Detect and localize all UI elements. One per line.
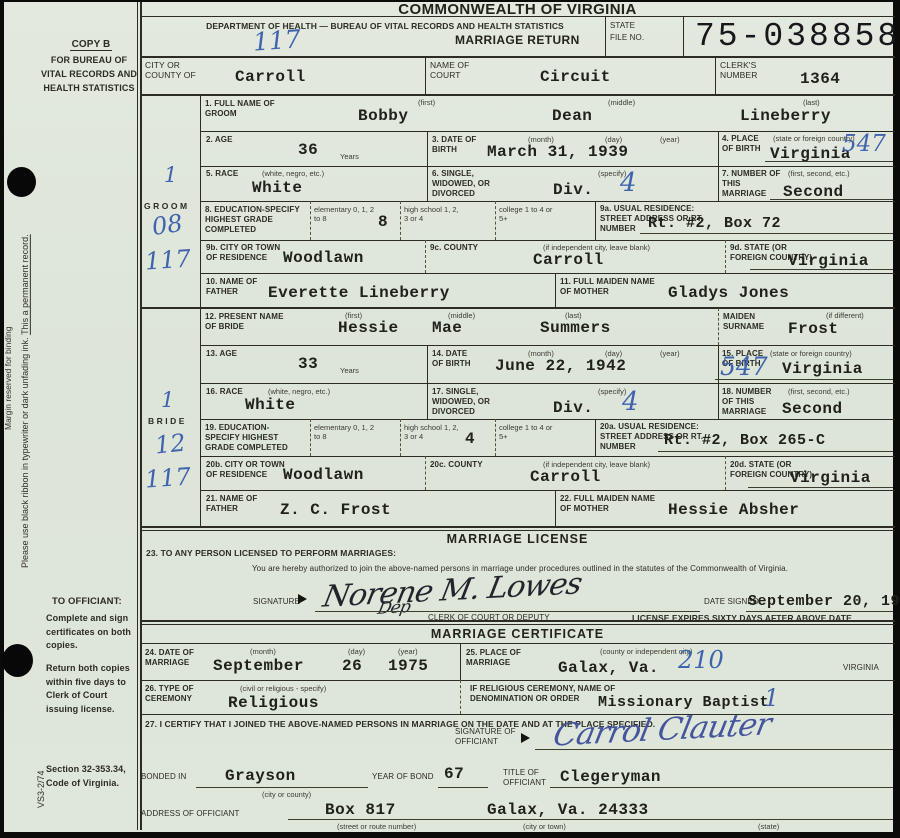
bonded-in-value: Grayson (225, 767, 296, 785)
divider (140, 680, 895, 681)
court-label: NAME OF COURT (430, 60, 485, 81)
groom-state-value: Virginia (788, 252, 869, 270)
cert-sub-day: (day) (348, 647, 365, 656)
clerk-signature-dep-note: Dep (376, 597, 412, 619)
divider (770, 199, 893, 200)
year-of-bond-label: YEAR OF BOND (372, 772, 434, 782)
cert-ceremony-label: 26. TYPE OF CEREMONY (145, 684, 195, 704)
bride-name-label: 12. PRESENT NAME OF BRIDE (205, 312, 285, 332)
code-section-note: Section 32-353.34, Code of Virginia. (46, 763, 138, 790)
groom-last-value: Lineberry (740, 107, 831, 125)
state-file-number: 75-038858 (695, 18, 900, 55)
hole-punch-bottom (2, 644, 33, 677)
sub-middle: (middle) (608, 98, 635, 107)
copy-for-note: FOR BUREAU OF VITAL RECORDS AND HEALTH S… (38, 54, 140, 96)
clerk-of-court-line: CLERK OF COURT OR DEPUTY (428, 613, 550, 623)
cert-place-hw: 210 (678, 646, 724, 674)
bride-marriage-num-label: 18. NUMBER OF THIS MARRIAGE (722, 387, 784, 416)
city-county-value: Carroll (235, 68, 306, 86)
divider (425, 240, 426, 273)
divider (200, 201, 895, 202)
divider (683, 16, 684, 57)
maiden-surname-sub: (if different) (826, 311, 864, 320)
sub-year-bride: (year) (660, 349, 680, 358)
cert-sub-month: (month) (250, 647, 276, 656)
sub-year: (year) (660, 135, 680, 144)
bride-residence-value: Rt. #2, Box 265-C (664, 432, 826, 449)
groom-dob-label: 3. DATE OF BIRTH (432, 135, 480, 155)
groom-marriage-num-label: 7. NUMBER OF THIS MARRIAGE (722, 169, 784, 198)
divider (658, 451, 893, 452)
edu-college-label-bride: college 1 to 4 or 5+ (499, 423, 554, 441)
divider (725, 456, 726, 490)
bride-first-value: Hessie (338, 319, 399, 337)
divider (718, 308, 719, 345)
groom-county-label: 9c. COUNTY (430, 243, 478, 253)
divider (715, 57, 716, 95)
bride-pob-value: Virginia (782, 360, 863, 378)
divider (460, 643, 461, 680)
state-file-label: STATE FILE NO. (610, 20, 650, 44)
license-signature-label: SIGNATURE (253, 597, 300, 607)
divider (200, 131, 895, 132)
bride-mother-label: 22. FULL MAIDEN NAME OF MOTHER (560, 494, 658, 514)
divider (200, 456, 895, 457)
groom-father-label: 10. NAME OF FATHER (206, 277, 261, 297)
groom-dob-value: March 31, 1939 (487, 143, 628, 161)
divider (200, 95, 201, 528)
divider (310, 201, 311, 240)
groom-first-value: Bobby (358, 107, 409, 125)
bride-side-label: BRIDE (148, 416, 187, 426)
divider (718, 131, 719, 201)
cert-date-label: 24. DATE OF MARRIAGE (145, 648, 201, 668)
cert-month-value: September (213, 657, 304, 675)
form-name: MARRIAGE RETURN (455, 33, 580, 47)
bride-state-value: Virginia (790, 469, 871, 487)
groom-race-label: 5. RACE (206, 169, 238, 179)
edu-elementary-label: elementary 0, 1, 2 to 8 (314, 205, 376, 223)
groom-county-value: Carroll (533, 251, 604, 269)
edu-college-label: college 1 to 4 or 5+ (499, 205, 554, 223)
scanned-marriage-return-form: Margin reserved for binding Please use b… (0, 0, 900, 838)
groom-city-value: Woodlawn (283, 249, 364, 267)
cert-place-value: Galax, Va. (558, 659, 659, 677)
divider (425, 456, 426, 490)
divider (140, 526, 895, 528)
edu-elementary-label-bride: elementary 0, 1, 2 to 8 (314, 423, 376, 441)
license-expires-note: LICENSE EXPIRES SIXTY DAYS AFTER ABOVE D… (632, 613, 852, 623)
groom-father-value: Everette Lineberry (268, 284, 450, 302)
divider (640, 233, 893, 234)
divider (140, 94, 895, 96)
divider (137, 2, 138, 830)
bride-middle-value: Mae (432, 319, 462, 337)
cert-ceremony-value: Religious (228, 694, 319, 712)
clerk-number-value: 1364 (800, 70, 840, 88)
divider (140, 2, 142, 830)
bride-status-label: 17. SINGLE, WIDOWED, OR DIVORCED (432, 387, 514, 416)
bride-mother-value: Hessie Absher (668, 501, 799, 519)
to-officiant-note1: Complete and sign certificates on both c… (46, 612, 136, 653)
groom-residence-value: Rt. #2, Box 72 (648, 215, 781, 232)
groom-status-label: 6. SINGLE, WIDOWED, OR DIVORCED (432, 169, 514, 198)
bride-father-value: Z. C. Frost (280, 501, 391, 519)
bride-edu-hs-value: 4 (465, 430, 475, 448)
divider (748, 487, 893, 488)
handwritten-code-top: 117 (252, 24, 302, 56)
divider (746, 611, 893, 612)
cert-year-value: 1975 (388, 657, 428, 675)
officiant-address-label: ADDRESS OF OFFICIANT (141, 809, 239, 819)
groom-code-hw: 117 (144, 244, 192, 275)
commonwealth-title: COMMONWEALTH OF VIRGINIA (140, 1, 895, 18)
divider (140, 714, 895, 715)
bride-race-label: 16. RACE (206, 387, 243, 397)
divider (200, 273, 895, 274)
certificate-title: MARRIAGE CERTIFICATE (140, 627, 895, 641)
divider (425, 57, 426, 95)
divider (535, 749, 893, 750)
margin-note-inner: Please use black ribbon in typewriter or… (20, 88, 30, 568)
cert-place-label: 25. PLACE OF MARRIAGE (466, 648, 522, 668)
maiden-surname-label: MAIDEN SURNAME (723, 312, 769, 332)
bride-grade-hw: 12 (154, 428, 187, 459)
divider (495, 201, 496, 240)
divider (200, 419, 895, 420)
copy-label-text: COPY B (70, 39, 113, 51)
groom-edu-elem-value: 8 (378, 213, 388, 231)
divider (718, 345, 719, 419)
bonded-in-label: BONDED IN (141, 772, 186, 782)
divider (495, 419, 496, 456)
bride-city-value: Woodlawn (283, 466, 364, 484)
copy-label: COPY B (45, 39, 137, 51)
groom-grade-hw: 08 (150, 209, 184, 241)
bride-tick-hw: 1 (161, 388, 174, 412)
divider (200, 345, 895, 346)
bride-father-label: 21. NAME OF FATHER (206, 494, 261, 514)
bride-dob-label: 14. DATE OF BIRTH (432, 349, 480, 369)
years-label-bride: Years (340, 366, 359, 375)
groom-race-sub: (white, negro, etc.) (262, 169, 324, 178)
bride-pob-hw: 547 (720, 352, 768, 381)
bride-race-value: White (245, 396, 296, 414)
divider (140, 643, 895, 644)
license-item23: 23. TO ANY PERSON LICENSED TO PERFORM MA… (146, 548, 396, 558)
officiant-sig-arrow-icon (521, 733, 530, 743)
cert-state-tag: VIRGINIA (843, 663, 879, 673)
cert-ceremony-sub: (civil or religious - specify) (240, 684, 326, 693)
form-code: VS3-2/74 (36, 746, 46, 808)
divider (140, 530, 895, 531)
divider (200, 166, 895, 167)
groom-age-value: 36 (298, 141, 318, 159)
divider (310, 419, 311, 456)
bride-last-value: Summers (540, 319, 611, 337)
groom-age-label: 2. AGE (206, 135, 233, 145)
divider (200, 490, 895, 491)
bride-code-hw: 117 (144, 462, 192, 493)
clerk-number-label: CLERK'S NUMBER (720, 60, 770, 81)
bride-county-label: 20c. COUNTY (430, 460, 483, 470)
divider (605, 16, 606, 57)
divider (595, 201, 596, 240)
divider (438, 787, 488, 788)
divider (200, 383, 895, 384)
groom-mother-value: Gladys Jones (668, 284, 789, 302)
cert-sub-year: (year) (398, 647, 418, 656)
margin-note-inner-text: Please use black ribbon in typewriter or… (20, 335, 30, 568)
groom-city-label: 9b. CITY OR TOWN OF RESIDENCE (206, 243, 286, 263)
divider (196, 787, 368, 788)
bride-age-label: 13. AGE (206, 349, 237, 359)
margin-note-outer: Margin reserved for binding (3, 195, 13, 430)
to-officiant-title: TO OFFICIANT: (52, 596, 122, 608)
divider (400, 201, 401, 240)
years-label: Years (340, 152, 359, 161)
bride-county-value: Carroll (530, 468, 601, 486)
divider (555, 490, 556, 528)
groom-edu-label: 8. EDUCATION-SPECIFY HIGHEST GRADE COMPL… (205, 205, 303, 234)
bonded-in-sub: (city or county) (262, 790, 311, 799)
groom-race-value: White (252, 179, 303, 197)
divider (200, 240, 895, 241)
divider (427, 131, 428, 201)
groom-name-label: 1. FULL NAME OF GROOM (205, 99, 283, 119)
to-officiant-note2: Return both copies within five days to C… (46, 662, 140, 716)
edu-highschool-label-bride: high school 1, 2, 3 or 4 (404, 423, 462, 441)
officiant-title-label: TITLE OF OFFICIANT (503, 768, 553, 788)
divider (315, 611, 700, 612)
bride-age-value: 33 (298, 355, 318, 373)
court-value: Circuit (540, 68, 611, 86)
maiden-surname-value: Frost (788, 320, 839, 338)
edu-highschool-label: high school 1, 2, 3 or 4 (404, 205, 462, 223)
divider (595, 419, 596, 456)
bride-status-hw: 4 (622, 387, 639, 417)
groom-status-hw: 4 (620, 168, 637, 198)
bride-dob-value: June 22, 1942 (495, 357, 626, 375)
officiant-address-city: Galax, Va. 24333 (487, 801, 649, 819)
divider (715, 379, 893, 380)
divider (765, 161, 893, 162)
divider (725, 240, 726, 273)
divider (460, 680, 461, 714)
bride-pob-sub: (state or foreign country) (770, 349, 852, 358)
bride-edu-label: 19. EDUCATION-SPECIFY HIGHEST GRADE COMP… (205, 423, 303, 452)
divider (750, 269, 893, 270)
city-county-label: CITY OR COUNTY OF (145, 60, 217, 81)
sub-last: (last) (803, 98, 820, 107)
divider (140, 624, 895, 625)
bride-city-label: 20b. CITY OR TOWN OF RESIDENCE (206, 460, 286, 480)
date-signed-value: September 20, 1975 (748, 593, 900, 610)
groom-pob-hw: 547 (842, 131, 886, 157)
hole-punch-top (7, 167, 36, 197)
divider (140, 307, 895, 309)
divider (400, 419, 401, 456)
officiant-title-value: Clegeryman (560, 768, 661, 786)
groom-middle-value: Dean (552, 107, 592, 125)
divider (288, 819, 893, 820)
groom-marriage-num-sub: (first, second, etc.) (788, 169, 850, 178)
bride-marriage-num-sub: (first, second, etc.) (788, 387, 850, 396)
sub-first: (first) (418, 98, 435, 107)
bride-status-value: Div. (553, 399, 593, 417)
address-street-sub: (street or route number) (337, 822, 416, 831)
year-of-bond-value: 67 (444, 765, 464, 783)
bride-marriage-num-value: Second (782, 400, 843, 418)
address-state-sub: (state) (758, 822, 779, 831)
groom-tick-hw: 1 (164, 163, 177, 187)
cert-day-value: 26 (342, 657, 362, 675)
license-title: MARRIAGE LICENSE (140, 532, 895, 546)
divider (550, 787, 893, 788)
address-city-sub: (city or town) (523, 822, 566, 831)
signature-arrow-icon (298, 594, 307, 604)
officiant-sig-label: SIGNATURE OF OFFICIANT (455, 727, 517, 747)
bride-race-sub: (white, negro, etc.) (268, 387, 330, 396)
groom-status-value: Div. (553, 181, 593, 199)
divider (427, 345, 428, 419)
department-subtitle: DEPARTMENT OF HEALTH — BUREAU OF VITAL R… (175, 21, 595, 31)
permanent-record-note: This a permanent record. (20, 234, 30, 335)
divider (555, 273, 556, 308)
groom-mother-label: 11. FULL MAIDEN NAME OF MOTHER (560, 277, 658, 297)
groom-pob-label: 4. PLACE OF BIRTH (722, 134, 766, 154)
officiant-address-street: Box 817 (325, 801, 396, 819)
